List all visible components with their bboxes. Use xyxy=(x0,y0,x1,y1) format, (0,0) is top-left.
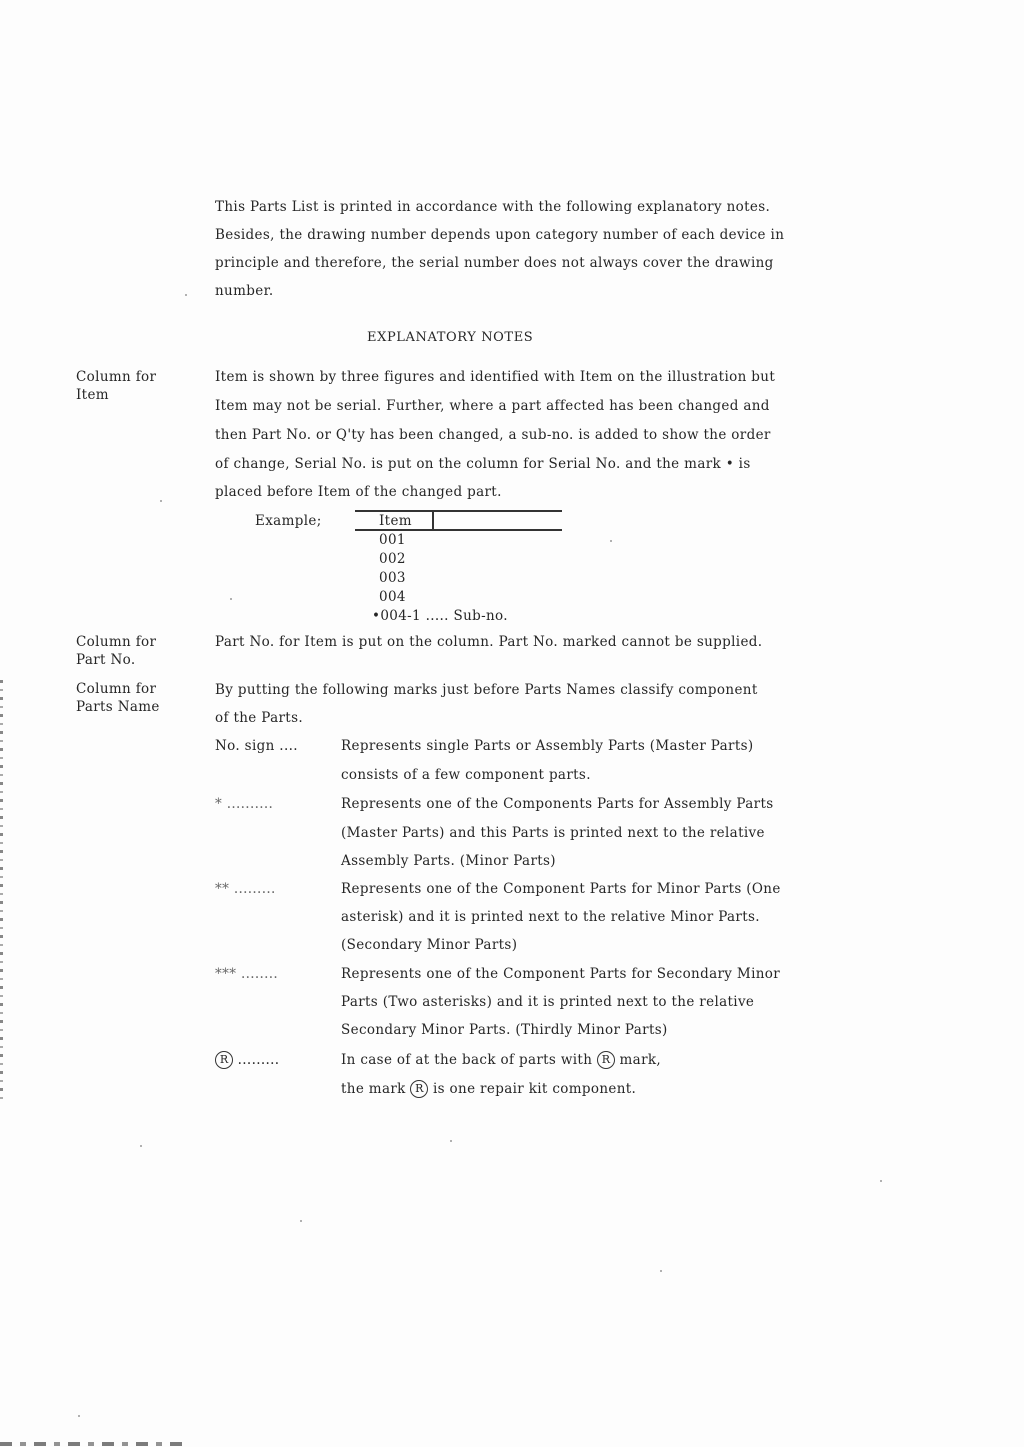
parts-name-line-1: By putting the following marks just befo… xyxy=(215,681,758,699)
desc-text: the mark xyxy=(341,1081,410,1097)
item-line-3: then Part No. or Q'ty has been changed, … xyxy=(215,426,771,444)
scan-speck xyxy=(610,540,612,542)
scan-speck xyxy=(880,1180,882,1182)
margin-label-line2: Item xyxy=(76,386,196,404)
item-line-2: Item may not be serial. Further, where a… xyxy=(215,397,770,415)
mark-triple-asterisk-desc-3: Secondary Minor Parts. (Thirdly Minor Pa… xyxy=(341,1021,668,1039)
intro-line-2: Besides, the drawing number depends upon… xyxy=(215,226,784,244)
mark-no-sign: No. sign .... xyxy=(215,737,298,755)
scan-speck xyxy=(660,1270,662,1272)
intro-line-1: This Parts List is printed in accordance… xyxy=(215,198,770,216)
intro-line-4: number. xyxy=(215,282,274,300)
scan-edge-artifact xyxy=(0,680,3,1100)
margin-label-line2: Parts Name xyxy=(76,698,196,716)
example-row: 001 xyxy=(379,531,406,549)
item-line-1: Item is shown by three figures and ident… xyxy=(215,368,775,386)
example-row: 002 xyxy=(379,550,406,568)
document-page: This Parts List is printed in accordance… xyxy=(0,0,1024,1447)
margin-label-line1: Column for xyxy=(76,680,196,698)
mark-double-asterisk-desc-1: Represents one of the Component Parts fo… xyxy=(341,880,781,898)
scan-speck xyxy=(230,598,232,600)
scan-speck xyxy=(300,1220,302,1222)
mark-triple-asterisk: *** ........ xyxy=(215,965,278,983)
mark-triple-asterisk-desc-2: Parts (Two asterisks) and it is printed … xyxy=(341,993,754,1011)
desc-text: mark, xyxy=(615,1052,661,1068)
margin-label-line2: Part No. xyxy=(76,651,196,669)
example-header: Item xyxy=(379,512,412,530)
scan-speck xyxy=(450,1140,452,1142)
repair-kit-r-icon: R xyxy=(410,1080,428,1098)
scan-speck xyxy=(185,294,187,296)
mark-repair-kit-dots: ......... xyxy=(233,1052,279,1068)
margin-label-item: Column for Item xyxy=(76,368,196,404)
example-row-subno: •004-1 ..... Sub-no. xyxy=(372,607,508,625)
desc-text: In case of at the back of parts with xyxy=(341,1052,597,1068)
parts-name-line-2: of the Parts. xyxy=(215,709,303,727)
mark-repair-kit-desc-1: In case of at the back of parts with R m… xyxy=(341,1051,661,1069)
mark-double-asterisk-desc-2: asterisk) and it is printed next to the … xyxy=(341,908,760,926)
example-row: 003 xyxy=(379,569,406,587)
margin-label-part-no: Column for Part No. xyxy=(76,633,196,669)
repair-kit-r-icon: R xyxy=(215,1051,233,1069)
mark-double-asterisk: ** ......... xyxy=(215,880,276,898)
mark-single-asterisk-desc-2: (Master Parts) and this Parts is printed… xyxy=(341,824,765,842)
mark-repair-kit: R ......... xyxy=(215,1051,279,1069)
part-no-line-1: Part No. for Item is put on the column. … xyxy=(215,633,762,651)
section-title: EXPLANATORY NOTES xyxy=(367,329,533,347)
mark-single-asterisk-desc-1: Represents one of the Components Parts f… xyxy=(341,795,774,813)
mark-no-sign-desc-1: Represents single Parts or Assembly Part… xyxy=(341,737,754,755)
intro-line-3: principle and therefore, the serial numb… xyxy=(215,254,774,272)
mark-single-asterisk: * .......... xyxy=(215,795,273,813)
example-row: 004 xyxy=(379,588,406,606)
example-label: Example; xyxy=(255,512,322,530)
example-divider xyxy=(432,510,434,530)
mark-repair-kit-desc-2: the mark R is one repair kit component. xyxy=(341,1080,636,1098)
scan-bottom-artifact xyxy=(0,1442,185,1446)
mark-single-asterisk-desc-3: Assembly Parts. (Minor Parts) xyxy=(341,852,556,870)
scan-speck xyxy=(160,500,162,502)
margin-label-parts-name: Column for Parts Name xyxy=(76,680,196,716)
mark-no-sign-desc-2: consists of a few component parts. xyxy=(341,766,591,784)
item-line-4: of change, Serial No. is put on the colu… xyxy=(215,455,751,473)
scan-speck xyxy=(78,1415,80,1417)
item-line-5: placed before Item of the changed part. xyxy=(215,483,502,501)
margin-label-line1: Column for xyxy=(76,368,196,386)
desc-text: is one repair kit component. xyxy=(428,1081,636,1097)
margin-label-line1: Column for xyxy=(76,633,196,651)
scan-speck xyxy=(140,1145,142,1147)
mark-triple-asterisk-desc-1: Represents one of the Component Parts fo… xyxy=(341,965,780,983)
mark-double-asterisk-desc-3: (Secondary Minor Parts) xyxy=(341,936,517,954)
repair-kit-r-icon: R xyxy=(597,1051,615,1069)
